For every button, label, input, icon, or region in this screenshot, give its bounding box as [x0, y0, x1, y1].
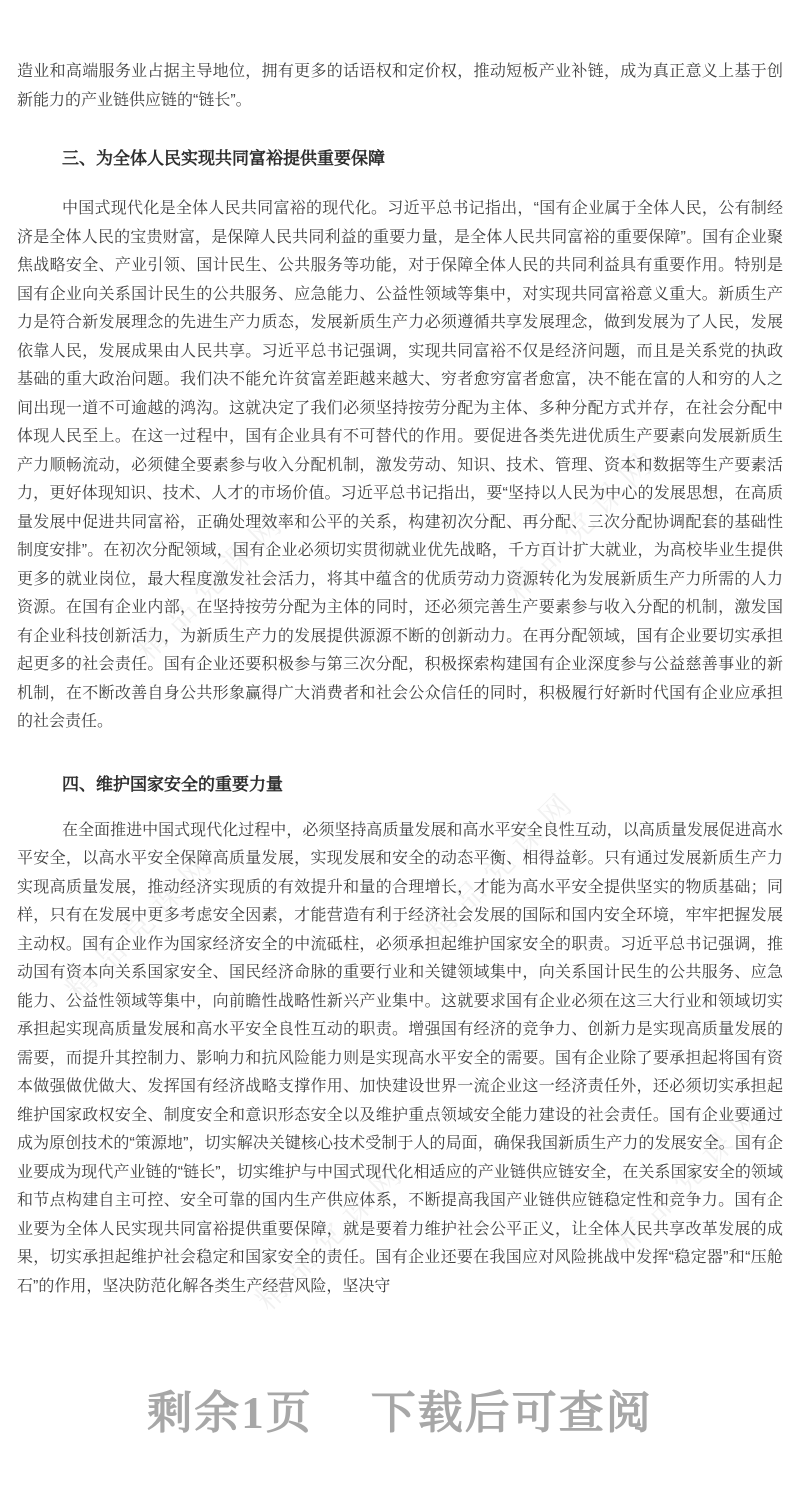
section-3-paragraph: 中国式现代化是全体人民共同富裕的现代化。习近平总书记指出，“国有企业属于全体人民…: [17, 195, 783, 737]
section-4-paragraph: 在全面推进中国式现代化过程中，必须坚持高质量发展和高水平安全良性互动，以高质量发…: [17, 817, 783, 1302]
clipped-top-line: 为主体，全球的现代化。国有企业要通过开放性、颠覆性技术创新实现重大突破，全面布局…: [17, 0, 783, 6]
section-heading-3: 三、为全体人民实现共同富裕提供重要保障: [17, 145, 783, 173]
document-body: 为主体，全球的现代化。国有企业要通过开放性、颠覆性技术创新实现重大突破，全面布局…: [0, 0, 800, 1301]
section-heading-4: 四、维护国家安全的重要力量: [17, 771, 783, 799]
pages-remaining-banner: 剩余1页下载后可查阅: [0, 1383, 800, 1443]
download-hint-label: 下载后可查阅: [371, 1388, 653, 1438]
document-preview-page: 精品党课网 精品党课网 精品党课网 精品党课网 精品党课网 精品党课网 为主体，…: [0, 0, 800, 1496]
pages-remaining-label: 剩余1页: [147, 1388, 313, 1438]
continuation-paragraph: 造业和高端服务业占据主导地位，拥有更多的话语权和定价权，推动短板产业补链，成为真…: [17, 58, 783, 115]
